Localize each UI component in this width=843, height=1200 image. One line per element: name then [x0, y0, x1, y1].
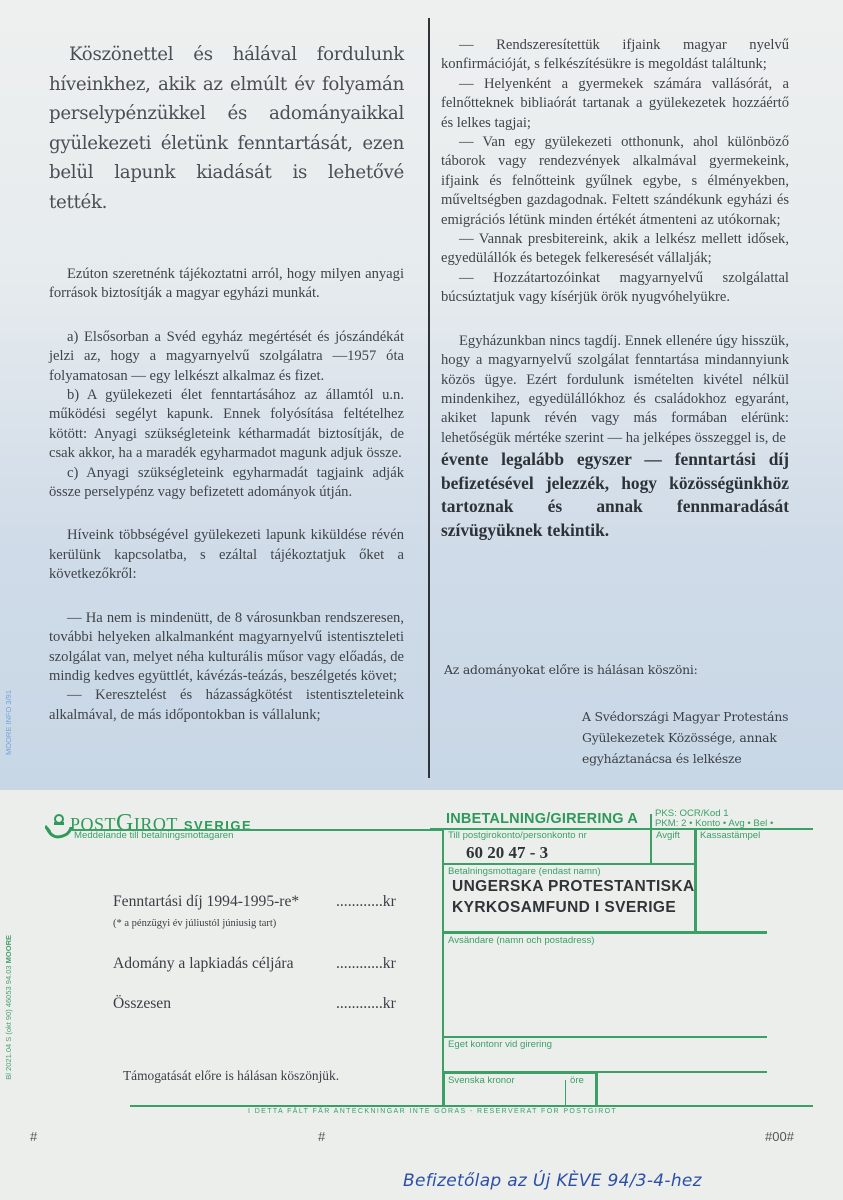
bullet-community-home: — Van egy gyülekezeti otthonunk, ahol kü…: [441, 133, 789, 230]
readers-paragraph: Híveink többségével gyülekezeti lapunk k…: [49, 526, 404, 584]
side-code-top: MOORE INFO 3/91: [4, 690, 13, 755]
reserved-field-notice: I DETTA FÄLT FÅR ANTECKNINGAR INTE GÖRAS…: [248, 1108, 617, 1115]
letter-section: Köszönettel és hálával fordulunk híveink…: [0, 0, 843, 790]
bullet-services: — Ha nem is mindenütt, de 8 városunkban …: [49, 609, 404, 687]
posthorn-crown-icon: [45, 812, 73, 842]
account-to-label: Till postgirokonto/personkonto nr: [448, 830, 587, 841]
fee-amount-total[interactable]: ............kr: [336, 995, 396, 1013]
appeal-paragraph: Egyházunkban nincs tagdíj. Ennek ellenér…: [441, 332, 789, 448]
pks-info: PKS: OCR/Kod 1 PKM: 2 • Konto • Avg • Be…: [655, 809, 773, 829]
account-number: 60 20 47 - 3: [466, 843, 548, 863]
handwritten-note: Befizetőlap az Új KÈVE 94/3-4-hez: [403, 1171, 702, 1191]
bullet-funerals: — Hozzátartozóinkat magyarnyelvű szolgál…: [441, 269, 789, 308]
intro-paragraph: Köszönettel és hálával fordulunk híveink…: [49, 40, 404, 217]
left-column: Köszönettel és hálával fordulunk híveink…: [49, 40, 404, 725]
appeal-bold: évente legalább egyszer — fenntartási dí…: [441, 448, 789, 542]
hash-right: #00#: [765, 1129, 794, 1144]
bullet-presbyters: — Vannak presbitereink, akik a lelkész m…: [441, 230, 789, 269]
fee-label: Avgift: [656, 830, 680, 841]
point-a: a) Elsősorban a Svéd egyház megértését é…: [49, 328, 404, 386]
form-title: INBETALNING/GIRERING A: [446, 811, 638, 827]
right-body: — Rendszeresítettük ifjaink magyar nyelv…: [441, 36, 789, 448]
own-account-label: Eget kontonr vid girering: [448, 1039, 552, 1050]
bullet-religion-class: — Helyenként a gyermekek számára vallásó…: [441, 75, 789, 133]
info-paragraph: Ezúton szeretnénk tájékoztatni arról, ho…: [49, 265, 404, 304]
payee-name: UNGERSKA PROTESTANTISKA KYRKOSAMFUND I S…: [452, 876, 695, 918]
fee-row-maintenance: Fenntartási díj 1994-1995-re*: [113, 893, 299, 911]
side-code: Bl 2021.04 S (okt 90) 46053 94.03 MOORE: [4, 935, 13, 1080]
fee-note: (* a pénzügyi év júliustól júniusig tart…: [113, 918, 276, 929]
fee-row-total: Összesen: [113, 995, 171, 1013]
point-b: b) A gyülekezeti élet fenntartásához az …: [49, 386, 404, 464]
point-c: c) Anyagi szükségleteink egyharmadát tag…: [49, 464, 404, 503]
hash-left: #: [30, 1129, 37, 1144]
left-body: Ezúton szeretnénk tájékoztatni arról, ho…: [49, 265, 404, 725]
signature: A Svédországi Magyar Protestáns Gyülekez…: [582, 706, 788, 769]
ore-label: öre: [570, 1075, 584, 1086]
bullet-baptism: — Keresztelést és házasságkötést istenti…: [49, 686, 404, 725]
sender-label: Avsändare (namn och postadress): [448, 935, 594, 946]
support-thanks: Támogatását előre is hálásan köszönjük.: [123, 1068, 339, 1084]
right-column: — Rendszeresítettük ifjaink magyar nyelv…: [441, 36, 789, 542]
form-subtitle: Meddelande till betalningsmottagaren: [74, 830, 233, 841]
column-divider: [428, 18, 430, 778]
kronor-label: Svenska kronor: [448, 1075, 515, 1086]
stamp-label: Kassastämpel: [700, 830, 760, 841]
fee-amount-donation[interactable]: ............kr: [336, 955, 396, 973]
thanks-note: Az adományokat előre is hálásan köszöni:: [444, 662, 698, 677]
bullet-confirmation: — Rendszeresítettük ifjaink magyar nyelv…: [441, 36, 789, 75]
fee-amount-maintenance[interactable]: ............kr: [336, 893, 396, 911]
fee-row-donation: Adomány a lapkiadás céljára: [113, 955, 294, 973]
hash-mid: #: [318, 1129, 325, 1144]
